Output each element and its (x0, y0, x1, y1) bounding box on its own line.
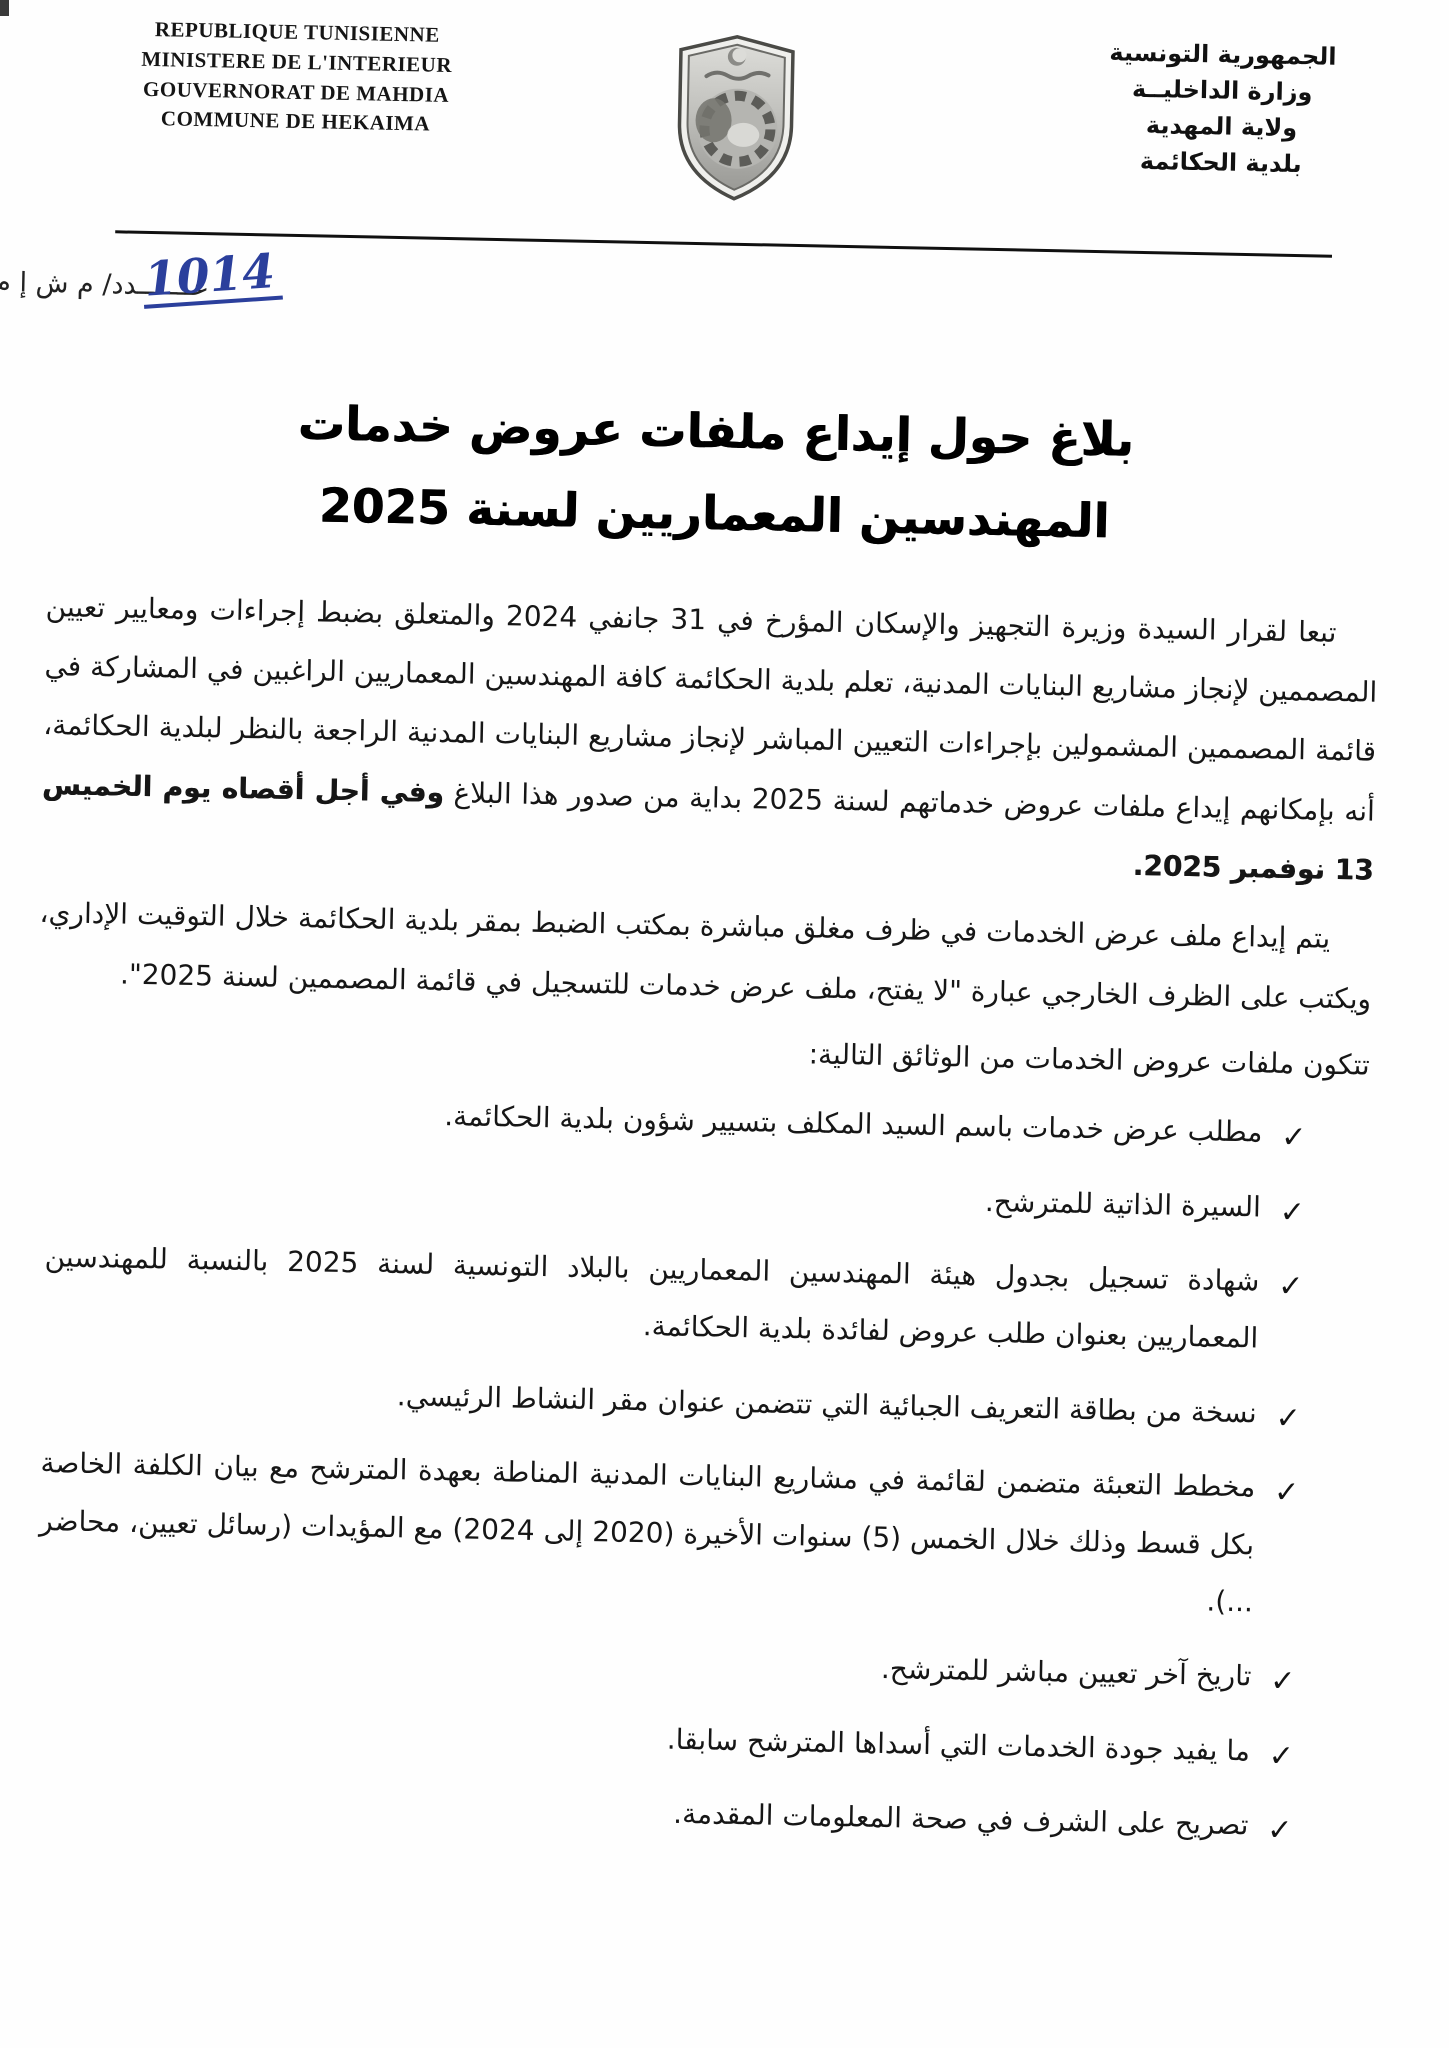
municipal-shield-emblem (669, 31, 823, 210)
document-title: بلاغ حول إيداع ملفات عروض خدمات المهندسي… (0, 377, 1441, 571)
list-item: ✓شهادة تسجيل بجدول هيئة المهندسين المعما… (43, 1228, 1304, 1368)
check-icon: ✓ (1268, 1725, 1294, 1787)
paragraph-1: تبعا لقرار السيدة وزيرة التجهيز والإسكان… (40, 576, 1379, 899)
required-documents-list: ✓مطلب عرض خدمات باسم السيد المكلف بتسيير… (0, 1078, 1427, 1857)
list-item: ✓ما يفيد جودة الخدمات التي أسداها المترش… (35, 1698, 1295, 1781)
list-item-text: شهادة تسجيل بجدول هيئة المهندسين المعمار… (44, 1240, 1259, 1355)
list-item: ✓مخطط التعبئة متضمن لقائمة في مشاريع الب… (38, 1434, 1300, 1631)
document-content: REPUBLIQUE TUNISIENNE MINISTERE DE L'INT… (0, 0, 1449, 1874)
check-icon: ✓ (1279, 1181, 1305, 1243)
list-item: ✓نسخة من بطاقة التعريف الجبائية التي تتض… (41, 1360, 1301, 1443)
list-item-text: مطلب عرض خدمات باسم السيد المكلف بتسيير … (444, 1099, 1263, 1148)
check-icon: ✓ (1281, 1107, 1307, 1169)
list-item-text: تصريح على الشرف في صحة المعلومات المقدمة… (673, 1797, 1249, 1842)
list-item-text: مخطط التعبئة متضمن لقائمة في مشاريع البن… (39, 1446, 1256, 1618)
check-icon: ✓ (1273, 1462, 1299, 1524)
header-divider (115, 230, 1332, 257)
reference-handwritten-number: 1014 (141, 247, 283, 310)
check-icon: ✓ (1270, 1651, 1296, 1713)
paragraph-2: يتم إيداع ملف عرض الخدمات في ظرف مغلق مب… (38, 883, 1373, 1028)
list-item: ✓تاريخ آخر تعيين مباشر للمترشح. (36, 1623, 1296, 1706)
document-header: REPUBLIQUE TUNISIENNE MINISTERE DE L'INT… (0, 0, 1449, 223)
header-french-block: REPUBLIQUE TUNISIENNE MINISTERE DE L'INT… (115, 14, 477, 140)
list-item-text: تاريخ آخر تعيين مباشر للمترشح. (881, 1652, 1252, 1692)
list-item: ✓السيرة الذاتية للمترشح. (46, 1154, 1306, 1237)
check-icon: ✓ (1267, 1800, 1293, 1862)
body-text: تبعا لقرار السيدة وزيرة التجهيز والإسكان… (38, 576, 1379, 1028)
list-item: ✓تصريح على الشرف في صحة المعلومات المقدم… (33, 1772, 1293, 1855)
header-arabic-line: بلدية الحكائمة (1056, 141, 1387, 184)
list-item-text: السيرة الذاتية للمترشح. (985, 1185, 1262, 1224)
scanned-document-page: REPUBLIQUE TUNISIENNE MINISTERE DE L'INT… (0, 0, 1449, 2048)
reference-line: عـــــــدد/ م ش إ م 1014 (0, 267, 1383, 353)
header-arabic-block: الجمهورية التونسية وزارة الداخليــة ولاي… (1056, 33, 1389, 184)
check-icon: ✓ (1275, 1388, 1301, 1450)
list-item: ✓مطلب عرض خدمات باسم السيد المكلف بتسيير… (47, 1079, 1307, 1162)
header-french-line: COMMUNE DE HEKAIMA (115, 104, 476, 141)
check-icon: ✓ (1278, 1256, 1304, 1318)
list-item-text: نسخة من بطاقة التعريف الجبائية التي تتضم… (397, 1379, 1258, 1429)
list-item-text: ما يفيد جودة الخدمات التي أسداها المترشح… (667, 1722, 1251, 1767)
